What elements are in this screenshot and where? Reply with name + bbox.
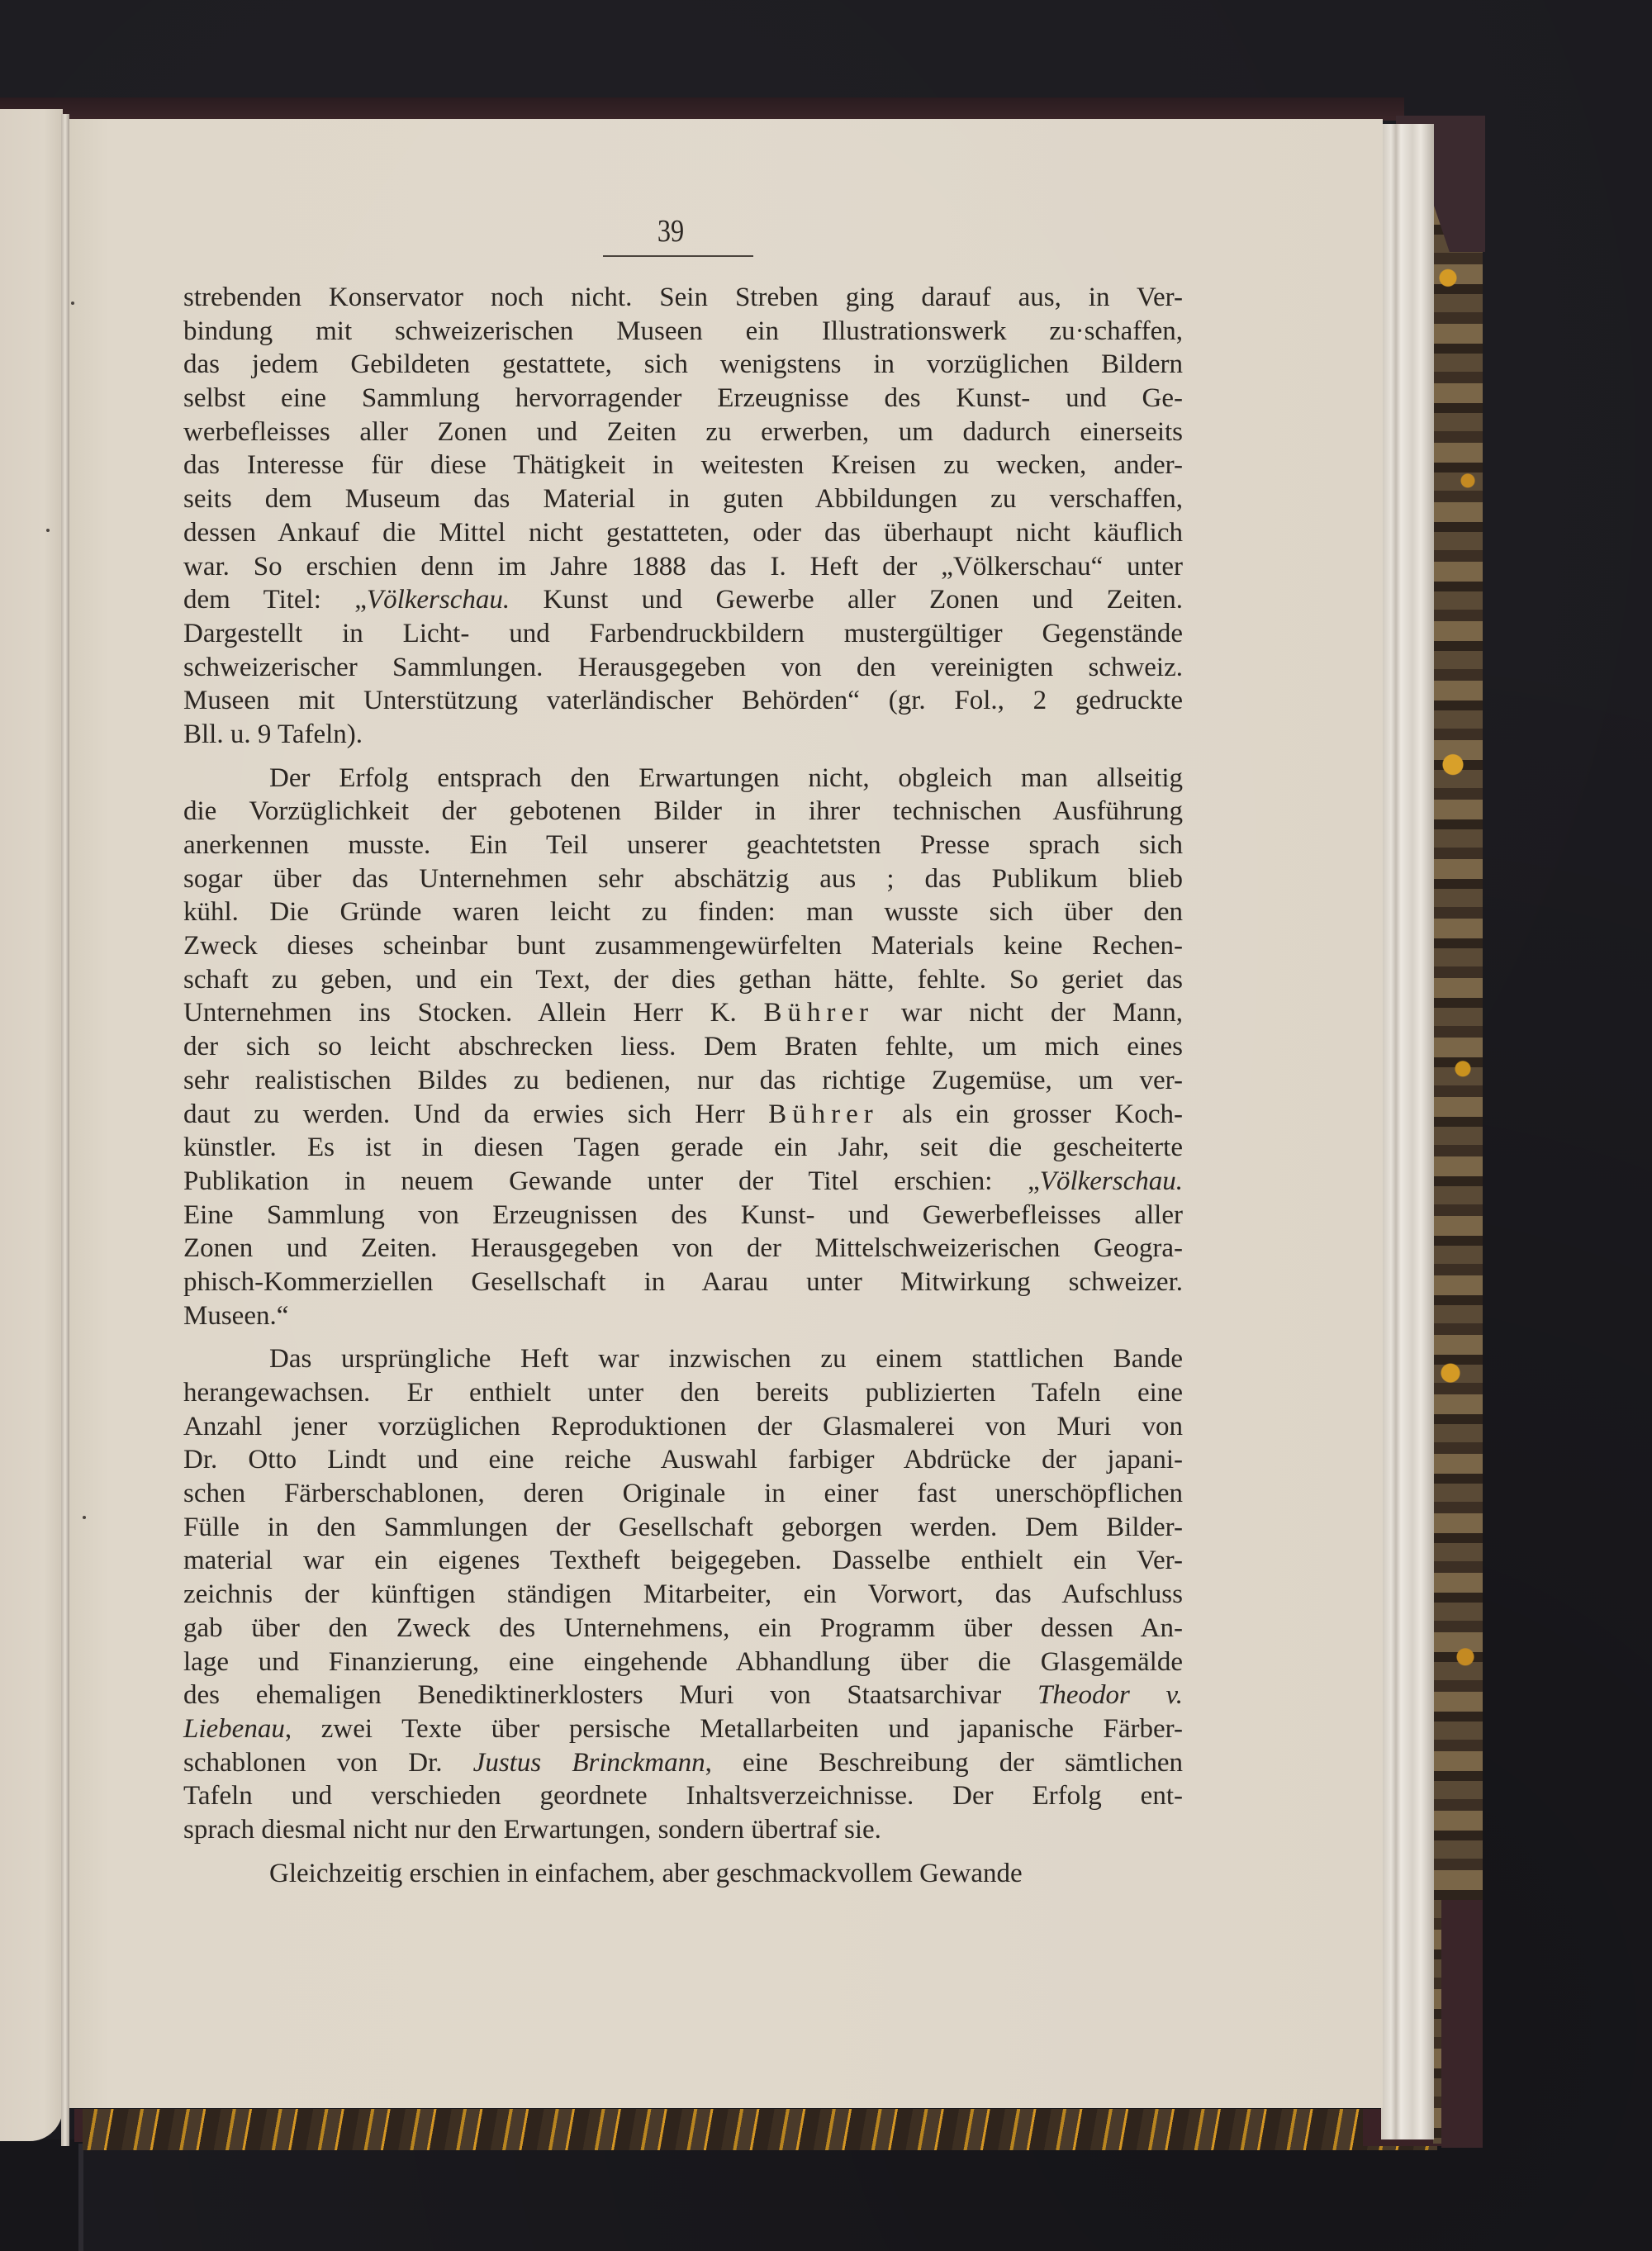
text-line: Anzahl jener vorzüglichen Reproduktionen… <box>183 1410 1183 1444</box>
text-line: Bll. u. 9 Tafeln). <box>183 718 1183 752</box>
text-line: material war ein eigenes Textheft beigeg… <box>183 1544 1183 1578</box>
text-line: gab über den Zweck des Unternehmens, ein… <box>183 1612 1183 1646</box>
text-line: daut zu werden. Und da erwies sich Herr … <box>183 1098 1183 1132</box>
text-line: Fülle in den Sammlungen der Gesellschaft… <box>183 1511 1183 1545</box>
margin-speck <box>71 302 74 305</box>
text-line: selbst eine Sammlung hervorragender Erze… <box>183 382 1183 416</box>
left-cover-board-edge <box>78 2144 83 2251</box>
paragraph: Der Erfolg entsprach den Erwartungen nic… <box>183 762 1183 1333</box>
text-line: bindung mit schweizerischen Museen ein I… <box>183 315 1183 349</box>
page-number-rule <box>603 255 753 257</box>
body-text: strebenden Konservator noch nicht. Sein … <box>183 281 1183 1890</box>
paragraph: Gleichzeitig erschien in einfachem, aber… <box>183 1857 1183 1891</box>
paragraph-gap <box>183 1332 1183 1342</box>
paragraph-gap <box>183 752 1183 762</box>
left-cover-board <box>0 2139 83 2251</box>
leather-binding-right <box>1441 1900 1483 2148</box>
text-line: anerkennen musste. Ein Teil unserer geac… <box>183 829 1183 862</box>
text-line: dem Titel: „Völkerschau. Kunst und Gewer… <box>183 583 1183 617</box>
text-line: Dargestellt in Licht- und Farbendruckbil… <box>183 617 1183 651</box>
text-line: sprach diesmal nicht nur den Erwartungen… <box>183 1813 1183 1847</box>
text-line: die Vorzüglichkeit der gebotenen Bilder … <box>183 795 1183 829</box>
text-line: war. So erschien denn im Jahre 1888 das … <box>183 550 1183 584</box>
text-line: strebenden Konservator noch nicht. Sein … <box>183 281 1183 315</box>
text-line: Tafeln und verschieden geordnete Inhalts… <box>183 1779 1183 1813</box>
text-line: phisch-Kommerziellen Gesellschaft in Aar… <box>183 1266 1183 1299</box>
paragraph: strebenden Konservator noch nicht. Sein … <box>183 281 1183 752</box>
text-line: Das ursprüngliche Heft war inzwischen zu… <box>183 1342 1183 1376</box>
text-line: schaft zu geben, und ein Text, der dies … <box>183 963 1183 997</box>
text-line: Zonen und Zeiten. Herausgegeben von der … <box>183 1232 1183 1266</box>
text-line: Publikation in neuem Gewande unter der T… <box>183 1165 1183 1199</box>
book-cover-top-edge <box>0 97 1404 121</box>
margin-speck <box>46 529 50 532</box>
text-line: dessen Ankauf die Mittel nicht gestattet… <box>183 516 1183 550</box>
text-line: Zweck dieses scheinbar bunt zusammengewü… <box>183 929 1183 963</box>
book-gutter <box>61 114 69 2146</box>
text-line: Gleichzeitig erschien in einfachem, aber… <box>183 1857 1183 1891</box>
text-line: lage und Finanzierung, eine eingehende A… <box>183 1646 1183 1679</box>
text-line: werbefleisses aller Zonen und Zeiten zu … <box>183 416 1183 449</box>
text-line: Der Erfolg entsprach den Erwartungen nic… <box>183 762 1183 795</box>
page-number: 39 <box>653 213 689 249</box>
text-line: schweizerischer Sammlungen. Herausgegebe… <box>183 651 1183 685</box>
text-line: sehr realistischen Bildes zu bedienen, n… <box>183 1064 1183 1098</box>
text-line: Dr. Otto Lindt und eine reiche Auswahl f… <box>183 1443 1183 1477</box>
text-line: des ehemaligen Benediktinerklosters Muri… <box>183 1679 1183 1712</box>
text-line: der sich so leicht abschrecken liess. De… <box>183 1030 1183 1064</box>
paragraph-gap <box>183 1847 1183 1857</box>
text-line: schablonen von Dr. Justus Brinckmann, ei… <box>183 1746 1183 1780</box>
text-line: schen Färberschablonen, deren Originale … <box>183 1477 1183 1511</box>
text-line: Unternehmen ins Stocken. Allein Herr K. … <box>183 996 1183 1030</box>
paragraph: Das ursprüngliche Heft war inzwischen zu… <box>183 1342 1183 1846</box>
text-line: kühl. Die Gründe waren leicht zu finden:… <box>183 895 1183 929</box>
text-line: herangewachsen. Er enthielt unter den be… <box>183 1376 1183 1410</box>
text-line: sogar über das Unternehmen sehr abschätz… <box>183 862 1183 896</box>
text-line: Museen.“ <box>183 1299 1183 1333</box>
text-line: seits dem Museum das Material in guten A… <box>183 482 1183 516</box>
text-line: Museen mit Unterstützung vaterländischer… <box>183 684 1183 718</box>
text-line: zeichnis der künftigen ständigen Mitarbe… <box>183 1578 1183 1612</box>
margin-speck <box>83 1516 86 1519</box>
text-line: Eine Sammlung von Erzeugnissen des Kunst… <box>183 1199 1183 1232</box>
text-line: Liebenau, zwei Texte über persische Meta… <box>183 1712 1183 1746</box>
left-page-sliver <box>0 109 63 2141</box>
marbled-bottom-edge <box>83 2109 1437 2150</box>
text-line: das jedem Gebildeten gestattete, sich we… <box>183 348 1183 382</box>
marbled-fore-edge <box>1433 116 1483 2144</box>
page-stack-edge <box>1381 124 1434 2139</box>
text-line: künstler. Es ist in diesen Tagen gerade … <box>183 1131 1183 1165</box>
text-line: das Interesse für diese Thätigkeit in we… <box>183 449 1183 482</box>
